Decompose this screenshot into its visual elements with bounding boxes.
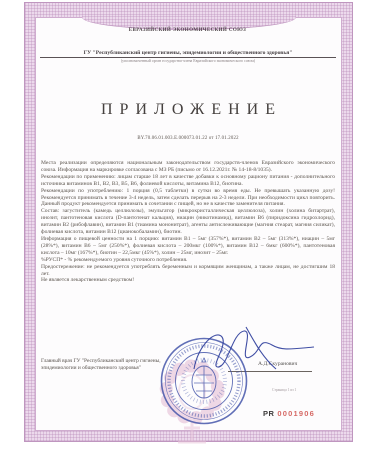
authority-name: ГУ "Республиканский центр гигиены, эпиде… [40, 50, 336, 58]
certificate-appendix-page: ЕВРАЗИЙСКИЙ ЭКОНОМИЧЕСКИЙ СОЮЗ ГУ "Респу… [0, 0, 375, 450]
signer-position: Главный врач ГУ "Республиканский центр г… [41, 358, 171, 372]
serial-prefix: PR [263, 409, 274, 418]
paragraph-rusp-note: %РУСП* - % рекомендуемого уровня суточно… [41, 257, 335, 264]
authority-subtitle: (уполномоченный орган государства-члена … [40, 59, 336, 63]
paragraph-recommendations-use: Рекомендации по применению: лицам старше… [41, 174, 335, 188]
paragraph-dosage: Рекомендации по употреблению: 1 порция (… [41, 188, 335, 209]
document-body: Места реализации определяются национальн… [41, 160, 335, 284]
paragraph-not-medicine: Не является лекарственным средством! [41, 277, 335, 284]
paragraph-nutrition-info: Информация о пищевой ценности на 1 порци… [41, 236, 335, 257]
paragraph-sales-territory: Места реализации определяются национальн… [41, 160, 335, 174]
form-serial-number: PR0001906 [263, 409, 315, 418]
serial-digits: 0001906 [277, 409, 315, 418]
page-title: ПРИЛОЖЕНИЕ [40, 101, 336, 119]
page-note: Страница 1 из 1 [272, 388, 296, 392]
union-header: ЕВРАЗИЙСКИЙ ЭКОНОМИЧЕСКИЙ СОЮЗ [40, 28, 335, 33]
paragraph-composition: Состав: загуститель (камедь целлюлозы), … [41, 208, 335, 236]
paragraph-warning: Предостережение: не рекомендуется употре… [41, 264, 335, 278]
signature [188, 323, 320, 381]
registration-number: BY.70.06.01.003.Е.000073.01.22 от 17.01.… [40, 136, 336, 141]
